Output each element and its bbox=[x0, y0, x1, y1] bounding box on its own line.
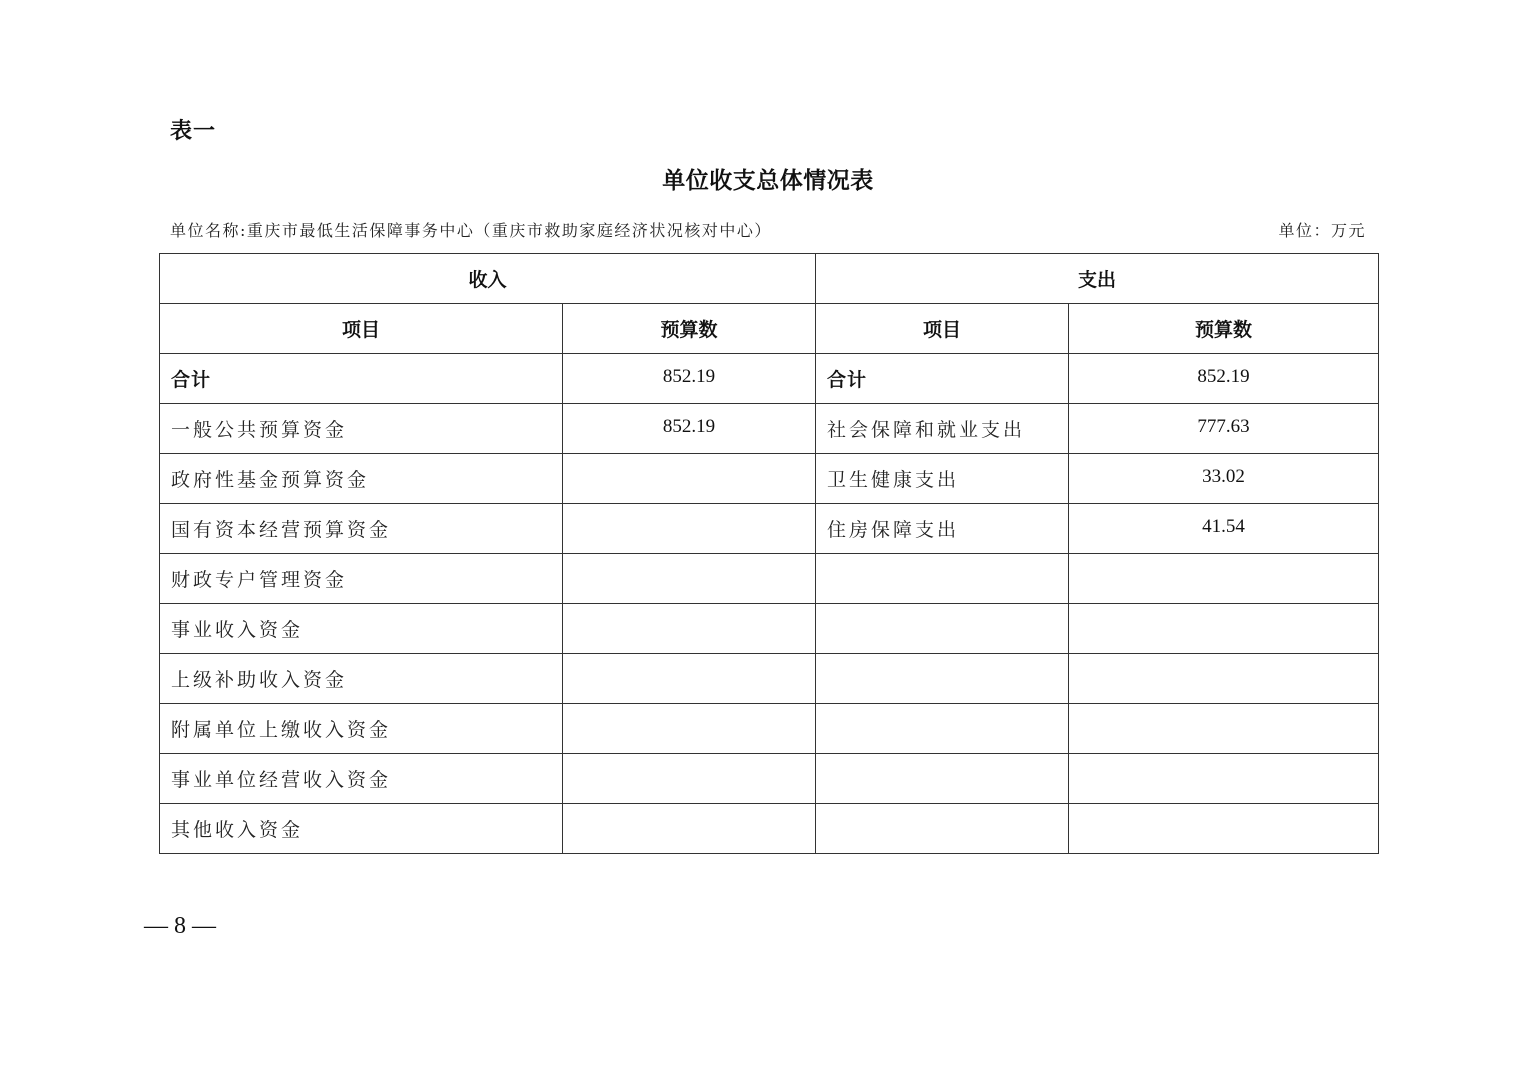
expense-item-cell bbox=[816, 804, 1069, 854]
income-budget-cell: 852.19 bbox=[563, 404, 816, 454]
income-item-header: 项目 bbox=[160, 304, 563, 354]
income-budget-cell bbox=[563, 704, 816, 754]
income-budget-cell bbox=[563, 454, 816, 504]
table-label: 表一 bbox=[170, 114, 216, 145]
expense-item-cell: 住房保障支出 bbox=[816, 504, 1069, 554]
expense-budget-cell bbox=[1069, 804, 1379, 854]
table-row: 附属单位上缴收入资金 bbox=[160, 704, 1379, 754]
income-budget-cell bbox=[563, 554, 816, 604]
expense-item-cell bbox=[816, 554, 1069, 604]
expense-item-header: 项目 bbox=[816, 304, 1069, 354]
income-budget-cell bbox=[563, 604, 816, 654]
income-group-header: 收入 bbox=[160, 254, 816, 304]
income-budget-cell bbox=[563, 804, 816, 854]
income-item-cell: 其他收入资金 bbox=[160, 804, 563, 854]
expense-budget-cell bbox=[1069, 754, 1379, 804]
expense-budget-cell bbox=[1069, 554, 1379, 604]
income-budget-header: 预算数 bbox=[563, 304, 816, 354]
meta-row: 单位名称:重庆市最低生活保障事务中心（重庆市救助家庭经济状况核对中心） 单位：万… bbox=[170, 218, 1366, 241]
income-budget-cell bbox=[563, 754, 816, 804]
table-row: 一般公共预算资金 852.19 社会保障和就业支出 777.63 bbox=[160, 404, 1379, 454]
page-number: — 8 — bbox=[144, 913, 216, 940]
column-header-row: 项目 预算数 项目 预算数 bbox=[160, 304, 1379, 354]
expense-item-cell bbox=[816, 704, 1069, 754]
group-header-row: 收入 支出 bbox=[160, 254, 1379, 304]
expense-budget-cell bbox=[1069, 604, 1379, 654]
income-item-cell: 上级补助收入资金 bbox=[160, 654, 563, 704]
income-budget-cell bbox=[563, 504, 816, 554]
expense-budget-cell: 41.54 bbox=[1069, 504, 1379, 554]
table-row: 其他收入资金 bbox=[160, 804, 1379, 854]
budget-summary-table: 收入 支出 项目 预算数 项目 预算数 合计 852.19 合计 852.19 … bbox=[159, 253, 1379, 854]
table-row: 财政专户管理资金 bbox=[160, 554, 1379, 604]
income-item-cell: 附属单位上缴收入资金 bbox=[160, 704, 563, 754]
table-row: 政府性基金预算资金 卫生健康支出 33.02 bbox=[160, 454, 1379, 504]
table-row-total: 合计 852.19 合计 852.19 bbox=[160, 354, 1379, 404]
expense-budget-cell: 852.19 bbox=[1069, 354, 1379, 404]
expense-item-cell: 社会保障和就业支出 bbox=[816, 404, 1069, 454]
expense-item-cell bbox=[816, 754, 1069, 804]
income-item-cell: 财政专户管理资金 bbox=[160, 554, 563, 604]
income-item-cell: 事业收入资金 bbox=[160, 604, 563, 654]
document-title: 单位收支总体情况表 bbox=[0, 162, 1520, 195]
income-item-cell: 一般公共预算资金 bbox=[160, 404, 563, 454]
expense-item-cell bbox=[816, 604, 1069, 654]
table-row: 事业收入资金 bbox=[160, 604, 1379, 654]
expense-budget-cell: 777.63 bbox=[1069, 404, 1379, 454]
income-item-cell: 事业单位经营收入资金 bbox=[160, 754, 563, 804]
table-row: 事业单位经营收入资金 bbox=[160, 754, 1379, 804]
unit-name: 单位名称:重庆市最低生活保障事务中心（重庆市救助家庭经济状况核对中心） bbox=[170, 218, 772, 241]
expense-item-cell: 合计 bbox=[816, 354, 1069, 404]
expense-item-cell bbox=[816, 654, 1069, 704]
income-item-cell: 政府性基金预算资金 bbox=[160, 454, 563, 504]
income-budget-cell: 852.19 bbox=[563, 354, 816, 404]
income-item-cell: 国有资本经营预算资金 bbox=[160, 504, 563, 554]
table-row: 国有资本经营预算资金 住房保障支出 41.54 bbox=[160, 504, 1379, 554]
expense-budget-cell bbox=[1069, 654, 1379, 704]
expense-budget-cell bbox=[1069, 704, 1379, 754]
expense-group-header: 支出 bbox=[816, 254, 1379, 304]
income-budget-cell bbox=[563, 654, 816, 704]
currency-unit: 单位：万元 bbox=[1278, 218, 1366, 241]
income-item-cell: 合计 bbox=[160, 354, 563, 404]
expense-item-cell: 卫生健康支出 bbox=[816, 454, 1069, 504]
expense-budget-header: 预算数 bbox=[1069, 304, 1379, 354]
table-row: 上级补助收入资金 bbox=[160, 654, 1379, 704]
expense-budget-cell: 33.02 bbox=[1069, 454, 1379, 504]
